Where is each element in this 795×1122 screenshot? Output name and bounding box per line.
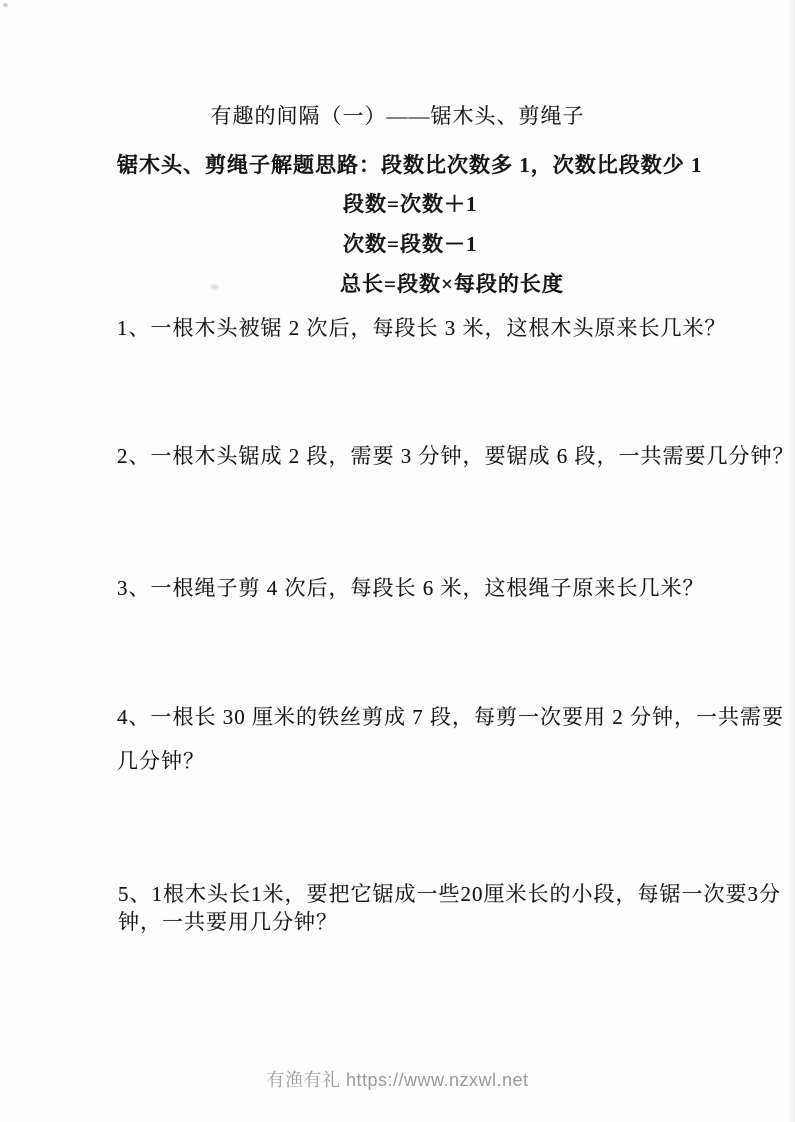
question-4-line-2: 几分钟？ — [117, 748, 205, 774]
scan-smudge-artifact — [209, 283, 220, 291]
solution-approach-line: 锯木头、剪绳子解题思路：段数比次数多 1，次数比段数少 1 — [117, 152, 703, 178]
question-3: 3、一根绳子剪 4 次后，每段长 6 米，这根绳子原来长几米？ — [117, 575, 705, 601]
formula-total-length: 总长=段数×每段的长度 — [340, 271, 564, 297]
question-1: 1、一根木头被锯 2 次后，每段长 3 米，这根木头原来长几米？ — [117, 315, 727, 341]
formula-segments: 段数=次数＋1 — [343, 191, 477, 217]
question-2: 2、一根木头锯成 2 段，需要 3 分钟，要锯成 6 段，一共需要几分钟？ — [117, 443, 795, 469]
formula-cuts: 次数=段数－1 — [343, 231, 477, 257]
question-5-line-2: 钟，一共要用几分钟？ — [118, 909, 338, 935]
footer-watermark: 有渔有礼 https://www.nzxwl.net — [0, 1066, 795, 1092]
question-5-line-1: 5、1根木头长1米，要把它锯成一些20厘米长的小段，每锯一次要3分 — [118, 881, 781, 907]
worksheet-page: 有趣的间隔（一）——锯木头、剪绳子 锯木头、剪绳子解题思路：段数比次数多 1，次… — [0, 0, 795, 1122]
scan-edge-artifact — [788, 0, 795, 1122]
scan-corner-speck — [2, 2, 9, 8]
question-4-line-1: 4、一根长 30 厘米的铁丝剪成 7 段，每剪一次要用 2 分钟，一共需要 — [117, 704, 784, 730]
page-title: 有趣的间隔（一）——锯木头、剪绳子 — [0, 103, 795, 129]
